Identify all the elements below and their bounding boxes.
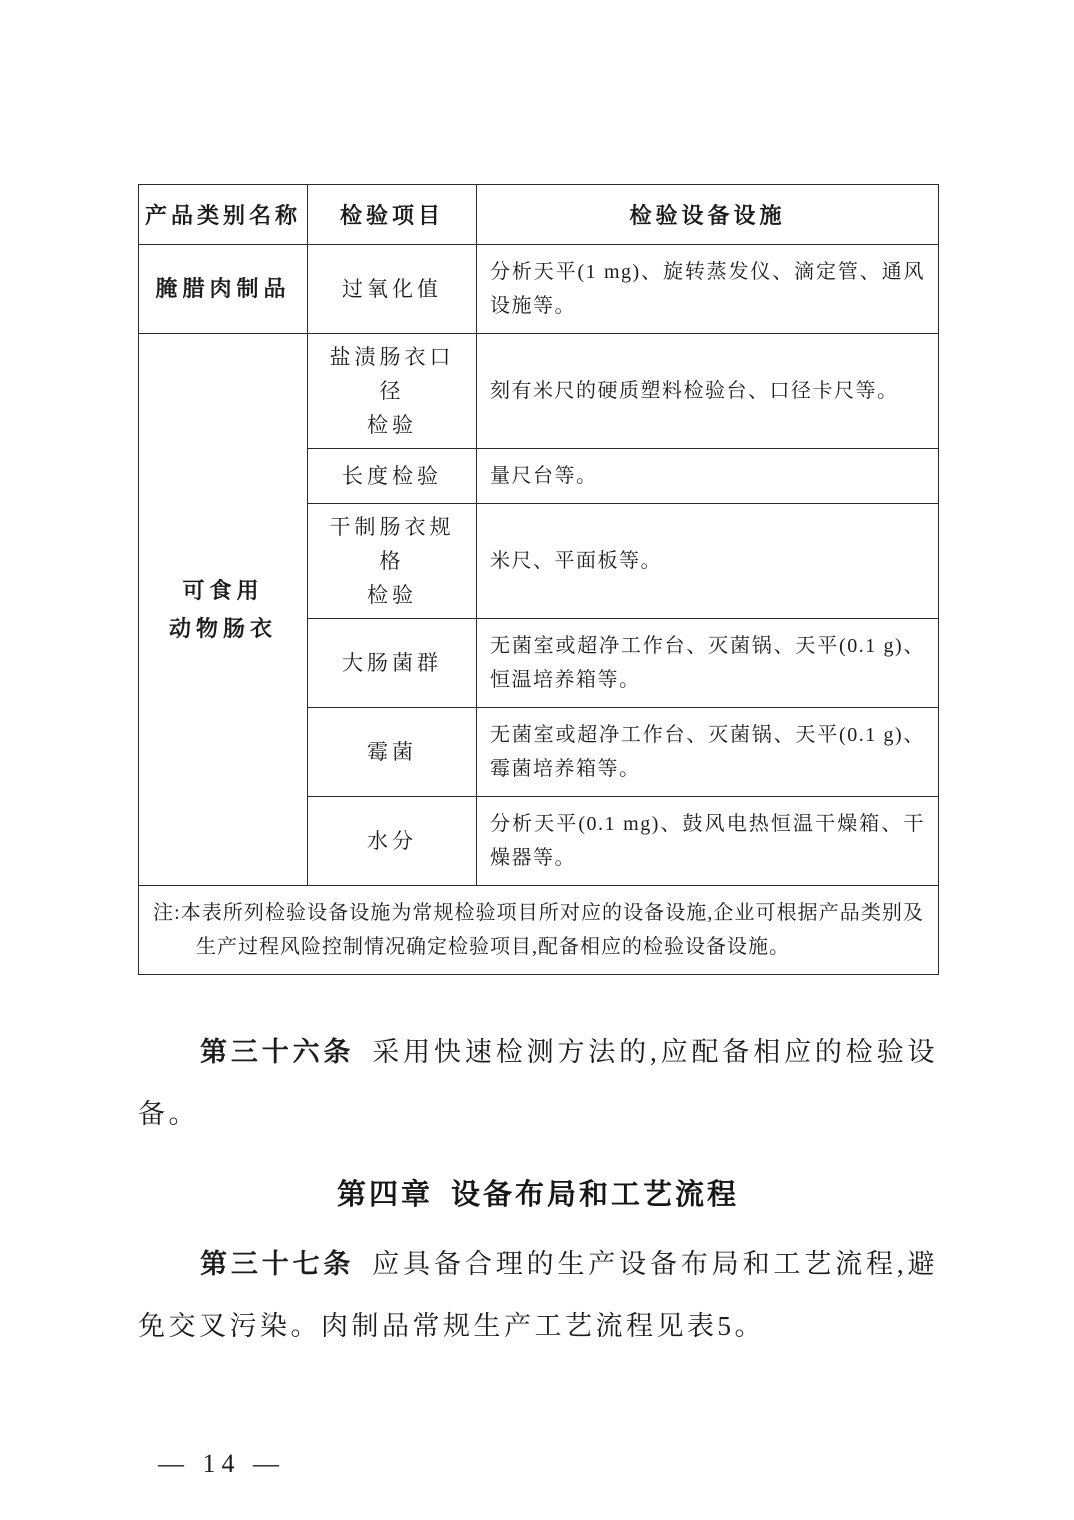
- chapter-4-heading: 第四章设备布局和工艺流程: [138, 1173, 938, 1217]
- table-row: 腌腊肉制品 过氧化值 分析天平(1 mg)、旋转蒸发仪、滴定管、通风设施等。: [139, 245, 939, 334]
- article-36-paragraph: 第三十六条采用快速检测方法的,应配备相应的检验设备。: [138, 1021, 938, 1145]
- table-note-text: 注:本表所列检验设备设施为常规检验项目所对应的设备设施,企业可根据产品类别及生产…: [153, 896, 924, 964]
- article-36-label: 第三十六条: [200, 1037, 354, 1067]
- document-page: 产品类别名称 检验项目 检验设备设施 腌腊肉制品 过氧化值 分析天平(1 mg)…: [138, 0, 938, 1479]
- category-edible-animal-casings: 可食用 动物肠衣: [139, 334, 308, 886]
- equipment-mold: 无菌室或超净工作台、灭菌锅、天平(0.1 g)、霉菌培养箱等。: [477, 708, 939, 797]
- table-note-row: 注:本表所列检验设备设施为常规检验项目所对应的设备设施,企业可根据产品类别及生产…: [139, 886, 939, 975]
- equipment-salted-casing-caliber: 刻有米尺的硬质塑料检验台、口径卡尺等。: [477, 334, 939, 449]
- item-moisture: 水分: [308, 797, 477, 886]
- item-length-inspection: 长度检验: [308, 449, 477, 504]
- item-dried-casing-spec: 干制肠衣规格 检验: [308, 504, 477, 619]
- item-mold: 霉菌: [308, 708, 477, 797]
- chapter-4-title: 设备布局和工艺流程: [451, 1179, 739, 1211]
- equipment-peroxide-value: 分析天平(1 mg)、旋转蒸发仪、滴定管、通风设施等。: [477, 245, 939, 334]
- item-salted-casing-caliber: 盐渍肠衣口径 检验: [308, 334, 477, 449]
- chapter-4-number: 第四章: [337, 1179, 433, 1211]
- equipment-dried-casing-spec: 米尺、平面板等。: [477, 504, 939, 619]
- header-inspection-equipment: 检验设备设施: [477, 185, 939, 245]
- table-header-row: 产品类别名称 检验项目 检验设备设施: [139, 185, 939, 245]
- article-37-label: 第三十七条: [200, 1249, 354, 1279]
- item-coliform: 大肠菌群: [308, 619, 477, 708]
- item-peroxide-value: 过氧化值: [308, 245, 477, 334]
- article-37-paragraph: 第三十七条应具备合理的生产设备布局和工艺流程,避免交叉污染。肉制品常规生产工艺流…: [138, 1233, 938, 1357]
- category-cured-meat: 腌腊肉制品: [139, 245, 308, 334]
- equipment-length-inspection: 量尺台等。: [477, 449, 939, 504]
- inspection-equipment-table: 产品类别名称 检验项目 检验设备设施 腌腊肉制品 过氧化值 分析天平(1 mg)…: [138, 184, 939, 975]
- header-product-category: 产品类别名称: [139, 185, 308, 245]
- table-row: 可食用 动物肠衣 盐渍肠衣口径 检验 刻有米尺的硬质塑料检验台、口径卡尺等。: [139, 334, 939, 449]
- page-number: — 14 —: [158, 1449, 938, 1479]
- table-note: 注:本表所列检验设备设施为常规检验项目所对应的设备设施,企业可根据产品类别及生产…: [139, 886, 939, 975]
- equipment-coliform: 无菌室或超净工作台、灭菌锅、天平(0.1 g)、恒温培养箱等。: [477, 619, 939, 708]
- equipment-moisture: 分析天平(0.1 mg)、鼓风电热恒温干燥箱、干燥器等。: [477, 797, 939, 886]
- header-inspection-item: 检验项目: [308, 185, 477, 245]
